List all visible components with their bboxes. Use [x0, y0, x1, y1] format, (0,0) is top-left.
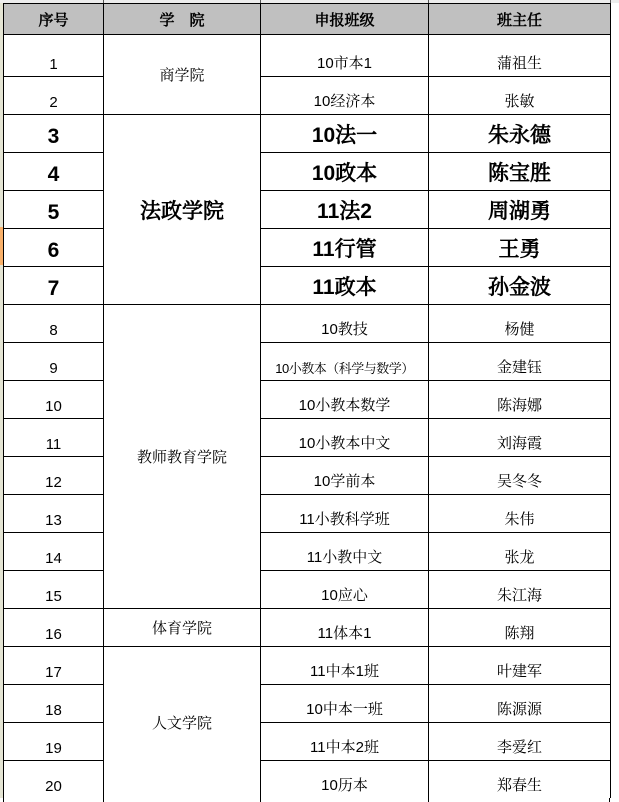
- row-number-cell[interactable]: 11: [4, 419, 104, 457]
- table-header: 序号 学 院 申报班级 班主任: [4, 4, 611, 35]
- teacher-cell[interactable]: 李爱红: [429, 723, 611, 761]
- partial-row-below: [0, 798, 619, 802]
- class-name-cell[interactable]: 10小教本（科学与数学）: [261, 343, 429, 381]
- row-number-cell[interactable]: 1: [4, 35, 104, 77]
- row-number-cell[interactable]: 10: [4, 381, 104, 419]
- table-row: 16体育学院11体本1陈翔: [4, 609, 611, 647]
- class-name-cell[interactable]: 10应心: [261, 571, 429, 609]
- row-number-cell[interactable]: 16: [4, 609, 104, 647]
- class-name-cell[interactable]: 10政本: [261, 153, 429, 191]
- class-name-cell[interactable]: 11政本: [261, 267, 429, 305]
- college-cell[interactable]: 商学院: [104, 35, 261, 115]
- row-number-cell[interactable]: 7: [4, 267, 104, 305]
- table-row: 611行管王勇: [4, 229, 611, 267]
- table-row: 511法2周湖勇: [4, 191, 611, 229]
- teacher-cell[interactable]: 陈翔: [429, 609, 611, 647]
- class-name-cell[interactable]: 11小教中文: [261, 533, 429, 571]
- class-name-cell[interactable]: 10中本一班: [261, 685, 429, 723]
- teacher-cell[interactable]: 张敏: [429, 77, 611, 115]
- table-row: 1商学院10市本1蒲祖生: [4, 35, 611, 77]
- teacher-cell[interactable]: 张龙: [429, 533, 611, 571]
- column-border-stub: [3, 798, 4, 802]
- teacher-cell[interactable]: 吴冬冬: [429, 457, 611, 495]
- header-cell-teacher[interactable]: 班主任: [429, 4, 611, 35]
- class-name-cell[interactable]: 11体本1: [261, 609, 429, 647]
- row-number-cell[interactable]: 14: [4, 533, 104, 571]
- row-number-cell[interactable]: 13: [4, 495, 104, 533]
- class-name-cell[interactable]: 10市本1: [261, 35, 429, 77]
- row-number-cell[interactable]: 18: [4, 685, 104, 723]
- table-row: 910小教本（科学与数学）金建钰: [4, 343, 611, 381]
- row-number-cell[interactable]: 3: [4, 115, 104, 153]
- teacher-cell[interactable]: 朱伟: [429, 495, 611, 533]
- college-cell[interactable]: 法政学院: [104, 115, 261, 305]
- class-name-cell[interactable]: 10小教本数学: [261, 381, 429, 419]
- table-row: 1911中本2班李爱红: [4, 723, 611, 761]
- teacher-cell[interactable]: 周湖勇: [429, 191, 611, 229]
- class-name-cell[interactable]: 11中本2班: [261, 723, 429, 761]
- row-number-cell[interactable]: 15: [4, 571, 104, 609]
- teacher-cell[interactable]: 陈宝胜: [429, 153, 611, 191]
- class-teacher-table: 序号 学 院 申报班级 班主任 1商学院10市本1蒲祖生210经济本张敏3法政学…: [3, 3, 611, 799]
- table-row: 2010历本郑春生: [4, 761, 611, 799]
- row-number-cell[interactable]: 2: [4, 77, 104, 115]
- row-number-cell[interactable]: 4: [4, 153, 104, 191]
- teacher-cell[interactable]: 蒲祖生: [429, 35, 611, 77]
- header-cell-seq[interactable]: 序号: [4, 4, 104, 35]
- class-name-cell[interactable]: 10历本: [261, 761, 429, 799]
- table-row: 410政本陈宝胜: [4, 153, 611, 191]
- teacher-cell[interactable]: 刘海霞: [429, 419, 611, 457]
- table-row: 8教师教育学院10教技杨健: [4, 305, 611, 343]
- header-cell-class[interactable]: 申报班级: [261, 4, 429, 35]
- column-border-stub: [609, 798, 610, 802]
- class-name-cell[interactable]: 11中本1班: [261, 647, 429, 685]
- teacher-cell[interactable]: 朱江海: [429, 571, 611, 609]
- table-row: 1210学前本吴冬冬: [4, 457, 611, 495]
- college-cell[interactable]: 教师教育学院: [104, 305, 261, 609]
- table-row: 17人文学院11中本1班叶建军: [4, 647, 611, 685]
- teacher-cell[interactable]: 孙金波: [429, 267, 611, 305]
- header-cell-college[interactable]: 学 院: [104, 4, 261, 35]
- table-row: 1510应心朱江海: [4, 571, 611, 609]
- teacher-cell[interactable]: 陈源源: [429, 685, 611, 723]
- class-name-cell[interactable]: 11法2: [261, 191, 429, 229]
- teacher-cell[interactable]: 朱永德: [429, 115, 611, 153]
- class-name-cell[interactable]: 11小教科学班: [261, 495, 429, 533]
- row-number-cell[interactable]: 9: [4, 343, 104, 381]
- table-row: 1110小教本中文刘海霞: [4, 419, 611, 457]
- class-name-cell[interactable]: 10经济本: [261, 77, 429, 115]
- teacher-cell[interactable]: 金建钰: [429, 343, 611, 381]
- table-row: 1311小教科学班朱伟: [4, 495, 611, 533]
- teacher-cell[interactable]: 杨健: [429, 305, 611, 343]
- table-body: 1商学院10市本1蒲祖生210经济本张敏3法政学院10法一朱永德410政本陈宝胜…: [4, 35, 611, 799]
- row-number-cell[interactable]: 8: [4, 305, 104, 343]
- row-number-cell[interactable]: 20: [4, 761, 104, 799]
- teacher-cell[interactable]: 郑春生: [429, 761, 611, 799]
- table-row: 1810中本一班陈源源: [4, 685, 611, 723]
- header-row: 序号 学 院 申报班级 班主任: [4, 4, 611, 35]
- teacher-cell[interactable]: 陈海娜: [429, 381, 611, 419]
- table-row: 1010小教本数学陈海娜: [4, 381, 611, 419]
- college-cell[interactable]: 人文学院: [104, 647, 261, 799]
- class-name-cell[interactable]: 10法一: [261, 115, 429, 153]
- column-border-stub: [260, 798, 261, 802]
- teacher-cell[interactable]: 叶建军: [429, 647, 611, 685]
- class-name-cell[interactable]: 10小教本中文: [261, 419, 429, 457]
- row-number-cell[interactable]: 6: [4, 229, 104, 267]
- row-number-cell[interactable]: 19: [4, 723, 104, 761]
- class-name-cell[interactable]: 10教技: [261, 305, 429, 343]
- table-row: 711政本孙金波: [4, 267, 611, 305]
- class-name-cell[interactable]: 11行管: [261, 229, 429, 267]
- teacher-cell[interactable]: 王勇: [429, 229, 611, 267]
- row-number-cell[interactable]: 5: [4, 191, 104, 229]
- table-row: 1411小教中文张龙: [4, 533, 611, 571]
- table-row: 3法政学院10法一朱永德: [4, 115, 611, 153]
- class-name-cell[interactable]: 10学前本: [261, 457, 429, 495]
- column-border-stub: [103, 798, 104, 802]
- row-number-cell[interactable]: 17: [4, 647, 104, 685]
- column-border-stub: [428, 798, 429, 802]
- table-row: 210经济本张敏: [4, 77, 611, 115]
- row-number-cell[interactable]: 12: [4, 457, 104, 495]
- college-cell[interactable]: 体育学院: [104, 609, 261, 647]
